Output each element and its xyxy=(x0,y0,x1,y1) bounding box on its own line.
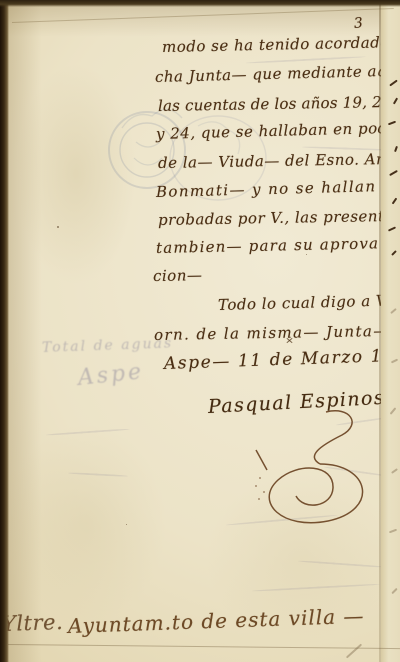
book-binding-edge xyxy=(0,0,9,662)
body-line: modo se ha tenido acordado di xyxy=(162,33,400,56)
manuscript-scan: Total de aguas Aspe 3 modo se ha tenido … xyxy=(0,0,400,662)
body-line: tambien— para su aprova xyxy=(156,234,380,257)
signature-rubric xyxy=(234,408,389,536)
bleedthrough-text: Aspe xyxy=(77,359,146,391)
paper-stain xyxy=(6,424,166,624)
book-top-edge xyxy=(0,0,400,7)
ink-speck xyxy=(306,254,307,255)
dateline: Aspe— 11 de Marzo 1829 xyxy=(164,345,400,374)
body-line: las cuentas de los años 19, 22,, 20, xyxy=(158,92,400,115)
body-line: de la— Viuda— del Esno. Antonio xyxy=(158,149,400,172)
page-crease xyxy=(379,0,381,662)
ink-speck xyxy=(126,524,127,525)
ink-speck xyxy=(57,226,59,228)
page-number: 3 xyxy=(353,15,364,32)
body-line: probadas por V., las presento xyxy=(158,207,394,229)
body-line: cion— xyxy=(153,266,203,285)
under-sheet-stroke xyxy=(346,644,362,659)
body-line: cha Junta— que mediante aque xyxy=(155,61,400,86)
closing-line: orn. de la misma— Junta—. xyxy=(154,322,396,344)
manuscript-page: Total de aguas Aspe 3 modo se ha tenido … xyxy=(6,4,400,662)
footer-annotation-fragment: Yltre. xyxy=(2,610,64,636)
closing-line: Todo lo cual digo a V. de xyxy=(218,291,400,314)
